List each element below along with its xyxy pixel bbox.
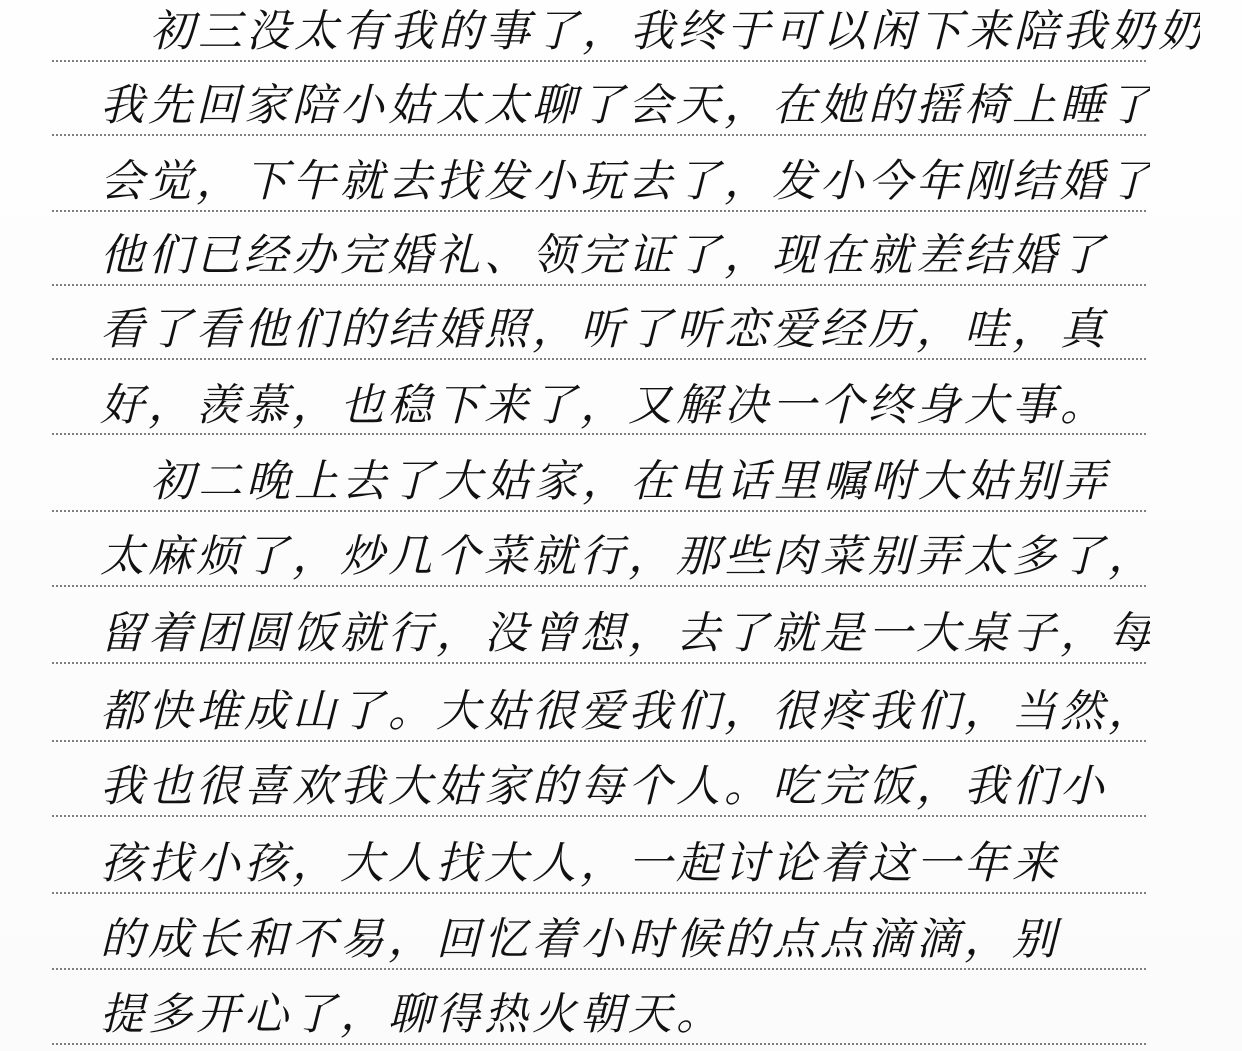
handwritten-line: 提多开心了，聊得热火朝天。: [100, 985, 1150, 1045]
handwritten-line: 好，羡慕，也稳下来了，又解决一个终身大事。: [100, 376, 1150, 436]
handwritten-line: 会觉，下午就去找发小玩去了，发小今年刚结婚了，: [100, 152, 1150, 212]
handwritten-line: 我也很喜欢我大姑家的每个人。吃完饭，我们小: [100, 757, 1150, 817]
handwritten-line: 的成长和不易，回忆着小时候的点点滴滴，别: [100, 910, 1150, 970]
handwritten-line: 我先回家陪小姑太太聊了会天，在她的摇椅上睡了: [100, 76, 1150, 136]
handwritten-line: 看了看他们的结婚照，听了听恋爱经历，哇，真: [100, 300, 1150, 360]
handwritten-line: 孩找小孩，大人找大人，一起讨论着这一年来: [100, 834, 1150, 894]
handwritten-line: 留着团圆饭就行，没曾想，去了就是一大桌子，每盘菜: [100, 604, 1150, 664]
handwritten-line: 都快堆成山了。大姑很爱我们，很疼我们，当然，: [100, 682, 1150, 742]
handwritten-line: 初二晚上去了大姑家，在电话里嘱咐大姑别弄: [150, 452, 1200, 512]
handwritten-line: 他们已经办完婚礼、领完证了，现在就差结婚了: [100, 226, 1150, 286]
handwritten-line: 初三没太有我的事了，我终于可以闲下来陪我奶奶: [150, 2, 1200, 62]
diary-page: 初三没太有我的事了，我终于可以闲下来陪我奶奶 我先回家陪小姑太太聊了会天，在她的…: [0, 0, 1242, 1051]
handwritten-line: 太麻烦了，炒几个菜就行，那些肉菜别弄太多了，: [100, 527, 1150, 587]
